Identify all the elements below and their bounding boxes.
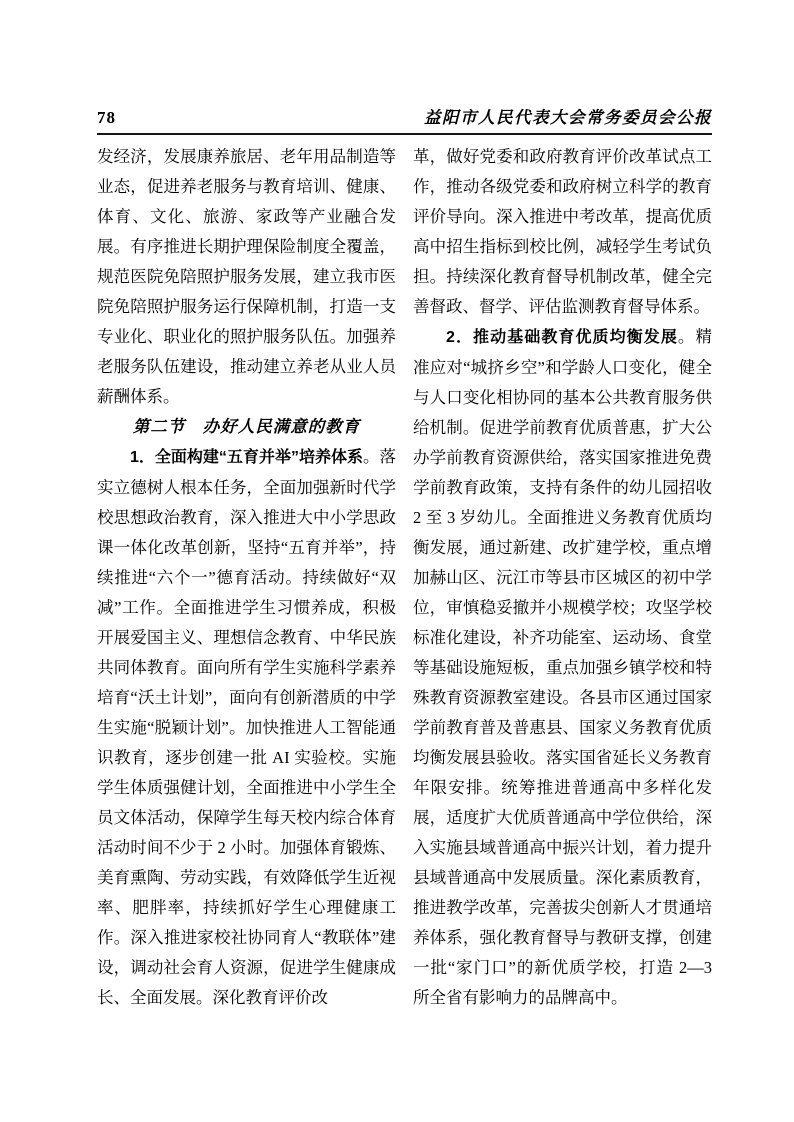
item-2-body: 。精准应对“城挤乡空”和学龄人口变化，健全与人口变化相协同的基本公共教育服务供给…: [413, 327, 712, 1007]
numbered-item-paragraph: 2．推动基础教育优质均衡发展。精准应对“城挤乡空”和学龄人口变化，健全与人口变化…: [413, 322, 712, 1013]
paragraph-continuation: 革，做好党委和政府教育评价改革试点工作，推动各级党委和政府树立科学的教育评价导向…: [413, 142, 712, 322]
paragraph-continuation: 发经济，发展康养旅居、老年用品制造等业态，促进养老服务与教育培训、健康、体育、文…: [97, 142, 396, 412]
page-number: 78: [97, 108, 116, 128]
bulletin-page: 78 益阳市人民代表大会常务委员会公报 发经济，发展康养旅居、老年用品制造等业态…: [0, 0, 794, 1122]
left-column: 发经济，发展康养旅居、老年用品制造等业态，促进养老服务与教育培训、健康、体育、文…: [97, 142, 396, 1013]
section-heading: 第二节 办好人民满意的教育: [97, 412, 396, 442]
item-1-lead: 1．全面构建“五育并举”培养体系: [130, 449, 363, 466]
header-rule: [97, 133, 712, 135]
right-column: 革，做好党委和政府教育评价改革试点工作，推动各级党委和政府树立科学的教育评价导向…: [413, 142, 712, 1013]
bulletin-title: 益阳市人民代表大会常务委员会公报: [424, 108, 712, 128]
numbered-item-paragraph: 1．全面构建“五育并举”培养体系。落实立德树人根本任务，全面加强新时代学校思想政…: [97, 442, 396, 1013]
item-1-body: 。落实立德树人根本任务，全面加强新时代学校思想政治教育，深入推进大中小学思政课一…: [97, 447, 396, 1007]
item-2-lead: 2．推动基础教育优质均衡发展: [446, 329, 678, 346]
page-header: 78 益阳市人民代表大会常务委员会公报: [97, 108, 712, 128]
two-column-body: 发经济，发展康养旅居、老年用品制造等业态，促进养老服务与教育培训、健康、体育、文…: [97, 142, 712, 1013]
